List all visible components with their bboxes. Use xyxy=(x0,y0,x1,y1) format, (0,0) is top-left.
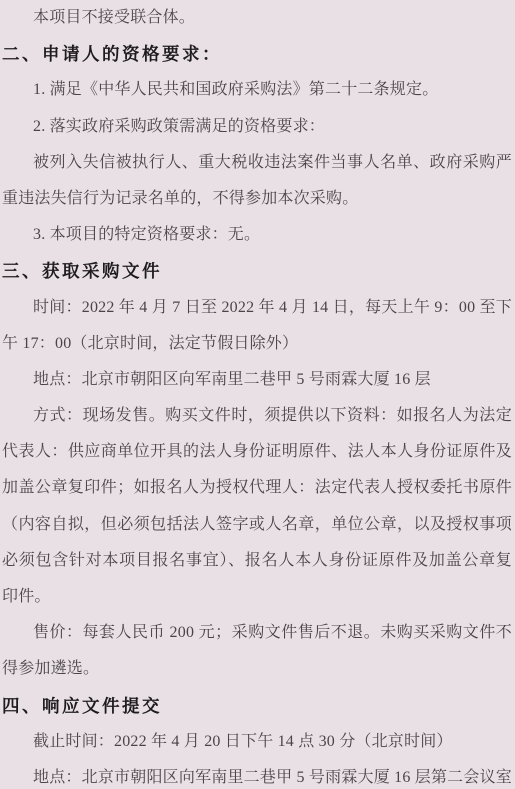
paragraph-line: 2. 落实政府采购政策需满足的资格要求： xyxy=(2,109,512,145)
paragraph-line: 方式：现场发售。购买文件时，须提供以下资料：如报名人为法定 xyxy=(2,398,512,434)
document-page: 本项目不接受联合体。二、申请人的资格要求：1. 满足《中华人民共和国政府采购法》… xyxy=(0,0,515,789)
paragraph-line: 地点：北京市朝阳区向军南里二巷甲 5 号雨霖大厦 16 层 xyxy=(2,362,512,398)
section-heading: 三、获取采购文件 xyxy=(2,253,512,289)
section-heading: 二、申请人的资格要求： xyxy=(2,36,512,72)
paragraph-line: 代表人：供应商单位开具的法人身份证明原件、法人本人身份证原件及 xyxy=(2,434,512,470)
paragraph-line: 本项目不接受联合体。 xyxy=(2,0,512,36)
paragraph-line: 重违法失信行为记录名单的，不得参加本次采购。 xyxy=(2,181,512,217)
paragraph-line: 午 17：00（北京时间，法定节假日除外） xyxy=(2,326,512,362)
paragraph-line: 必须包含针对本项目报名事宜）、报名人本人身份证原件及加盖公章复 xyxy=(2,543,512,579)
paragraph-line: 截止时间：2022 年 4 月 20 日下午 14 点 30 分（北京时间） xyxy=(2,724,512,760)
paragraph-line: 地点：北京市朝阳区向军南里二巷甲 5 号雨霖大厦 16 层第二会议室 xyxy=(2,760,512,789)
paragraph-line: 售价：每套人民币 200 元；采购文件售后不退。未购买采购文件不 xyxy=(2,615,512,651)
paragraph-line: 1. 满足《中华人民共和国政府采购法》第二十二条规定。 xyxy=(2,72,512,108)
paragraph-line: 3. 本项目的特定资格要求：无。 xyxy=(2,217,512,253)
paragraph-line: 时间：2022 年 4 月 7 日至 2022 年 4 月 14 日，每天上午 … xyxy=(2,290,512,326)
paragraph-line: 印件。 xyxy=(2,579,512,615)
paragraph-line: 被列入失信被执行人、重大税收违法案件当事人名单、政府采购严 xyxy=(2,145,512,181)
paragraph-line: 得参加遴选。 xyxy=(2,651,512,687)
section-heading: 四、响应文件提交 xyxy=(2,688,512,724)
document-body: 本项目不接受联合体。二、申请人的资格要求：1. 满足《中华人民共和国政府采购法》… xyxy=(2,0,512,789)
paragraph-line: 加盖公章复印件；如报名人为授权代理人：法定代表人授权委托书原件 xyxy=(2,470,512,506)
paragraph-line: （内容自拟，但必须包括法人签字或人名章，单位公章，以及授权事项 xyxy=(2,507,512,543)
